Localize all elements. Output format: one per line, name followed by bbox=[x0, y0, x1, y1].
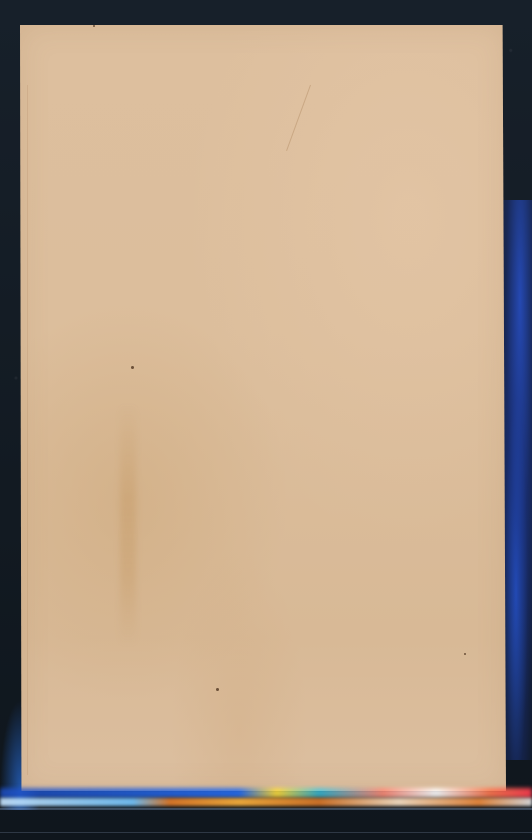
paper-fold-line bbox=[27, 85, 28, 775]
paper-speck bbox=[93, 25, 95, 27]
surface-edge-line bbox=[0, 832, 532, 833]
rainbow-light-glare bbox=[0, 788, 532, 828]
paper-speck bbox=[131, 366, 134, 369]
paper-speck bbox=[464, 653, 466, 655]
glare-band bbox=[0, 798, 532, 806]
paper-crease bbox=[286, 85, 311, 151]
glare-band bbox=[0, 788, 532, 798]
photo-scene bbox=[0, 0, 532, 840]
water-stain bbox=[120, 405, 136, 645]
paper-speck bbox=[216, 688, 219, 691]
blank-paper-card bbox=[20, 25, 506, 791]
glare-band bbox=[0, 808, 532, 810]
